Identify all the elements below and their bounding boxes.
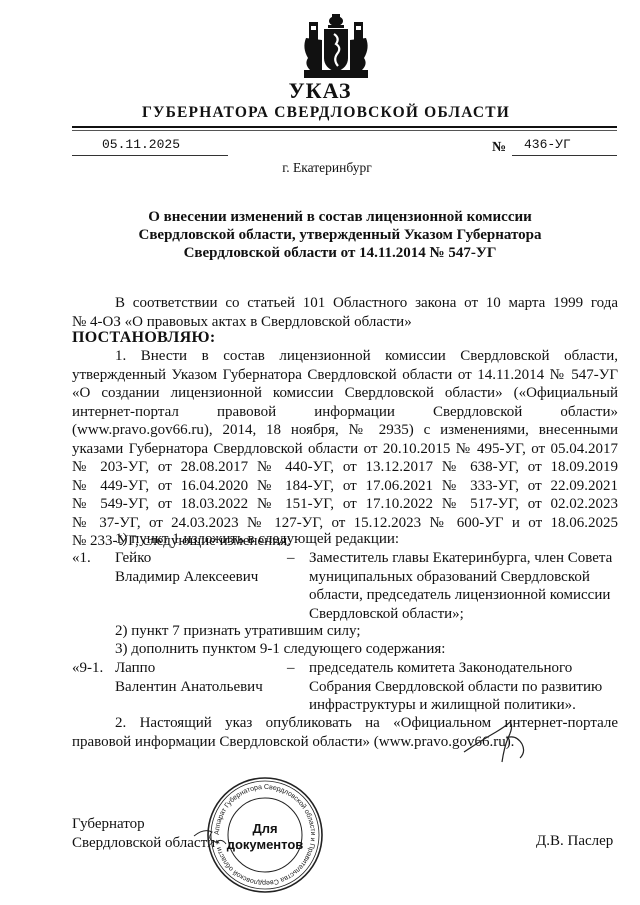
subclause-2: 2) пункт 7 признать утратившим силу; <box>115 623 361 640</box>
subclause-3: 3) дополнить пунктом 9-1 следующего соде… <box>115 641 445 658</box>
entry-dash: – <box>287 659 295 678</box>
document-type-title: УКАЗ <box>0 78 640 104</box>
member-entry-9-1: «9-1. Лаппо Валентин Анатольевич – предс… <box>72 659 618 715</box>
header-divider-thin <box>72 130 617 131</box>
text-line: № 37-УГ, от 24.03.2023 № 127-УГ, от 15.1… <box>72 514 618 533</box>
entry-number: «1. <box>72 549 91 568</box>
signature-mark-icon <box>190 822 230 852</box>
subclause-1: 1) пункт 1 изложить в следующей редакции… <box>115 531 399 548</box>
entry-number: «9-1. <box>72 659 103 678</box>
stamp-center-line: документов <box>227 837 304 852</box>
decree-number: 436-УГ <box>524 137 571 152</box>
text-line: № 549-УГ, от 18.03.2022 № 151-УГ, от 17.… <box>72 495 618 514</box>
text-line: указами Губернатора Свердловской области… <box>72 440 618 459</box>
heading-line: Свердловской области от 14.11.2014 № 547… <box>60 244 620 262</box>
member-entry-1: «1. Гейко Владимир Алексеевич – Заместит… <box>72 549 618 624</box>
signature-scribble-icon <box>462 718 542 764</box>
member-name: Гейко Владимир Алексеевич <box>115 549 258 586</box>
text-line: № 203-УГ, от 28.08.2017 № 440-УГ, от 13.… <box>72 458 618 477</box>
number-underline <box>512 155 617 156</box>
text-line: утвержденный Указом Губернатора Свердлов… <box>72 366 618 385</box>
text-line: № 449-УГ, от 16.04.2020 № 184-УГ, от 17.… <box>72 477 618 496</box>
heading-line: О внесении изменений в состав лицензионн… <box>60 208 620 226</box>
header-divider <box>72 126 617 128</box>
signatory-name: Д.В. Паслер <box>536 833 613 850</box>
text-line: «О создании лицензионной комиссии Свердл… <box>72 384 618 403</box>
decree-date: 05.11.2025 <box>102 137 180 152</box>
coat-of-arms-icon <box>300 14 372 80</box>
member-name: Лаппо Валентин Анатольевич <box>115 659 263 696</box>
member-description: Заместитель главы Екатеринбурга, член Со… <box>309 549 629 623</box>
number-sign: № <box>492 140 506 156</box>
heading-line: Свердловской области, утвержденный Указо… <box>60 226 620 244</box>
text-line: интернет-портал правовой информации Свер… <box>72 403 618 422</box>
member-description: председатель комитета Законодательного С… <box>309 659 629 715</box>
decree-heading: О внесении изменений в состав лицензионн… <box>60 208 620 262</box>
decree-word: ПОСТАНОВЛЯЮ: <box>72 329 215 347</box>
text-line: 1. Внести в состав лицензионной комиссии… <box>72 347 618 366</box>
text-line: (www.pravo.gov66.ru), 2014, 18 ноября, №… <box>72 421 618 440</box>
clause-1-paragraph: 1. Внести в состав лицензионной комиссии… <box>72 347 618 551</box>
city: г. Екатеринбург <box>0 160 640 176</box>
entry-dash: – <box>287 549 295 568</box>
preamble-paragraph: В соответствии со статьей 101 Областного… <box>72 294 618 331</box>
stamp-center-line: Для <box>252 821 277 836</box>
date-underline <box>72 155 228 156</box>
issuer-title: ГУБЕРНАТОРА СВЕРДЛОВСКОЙ ОБЛАСТИ <box>0 104 640 122</box>
text-line: В соответствии со статьей 101 Областного… <box>72 294 618 313</box>
